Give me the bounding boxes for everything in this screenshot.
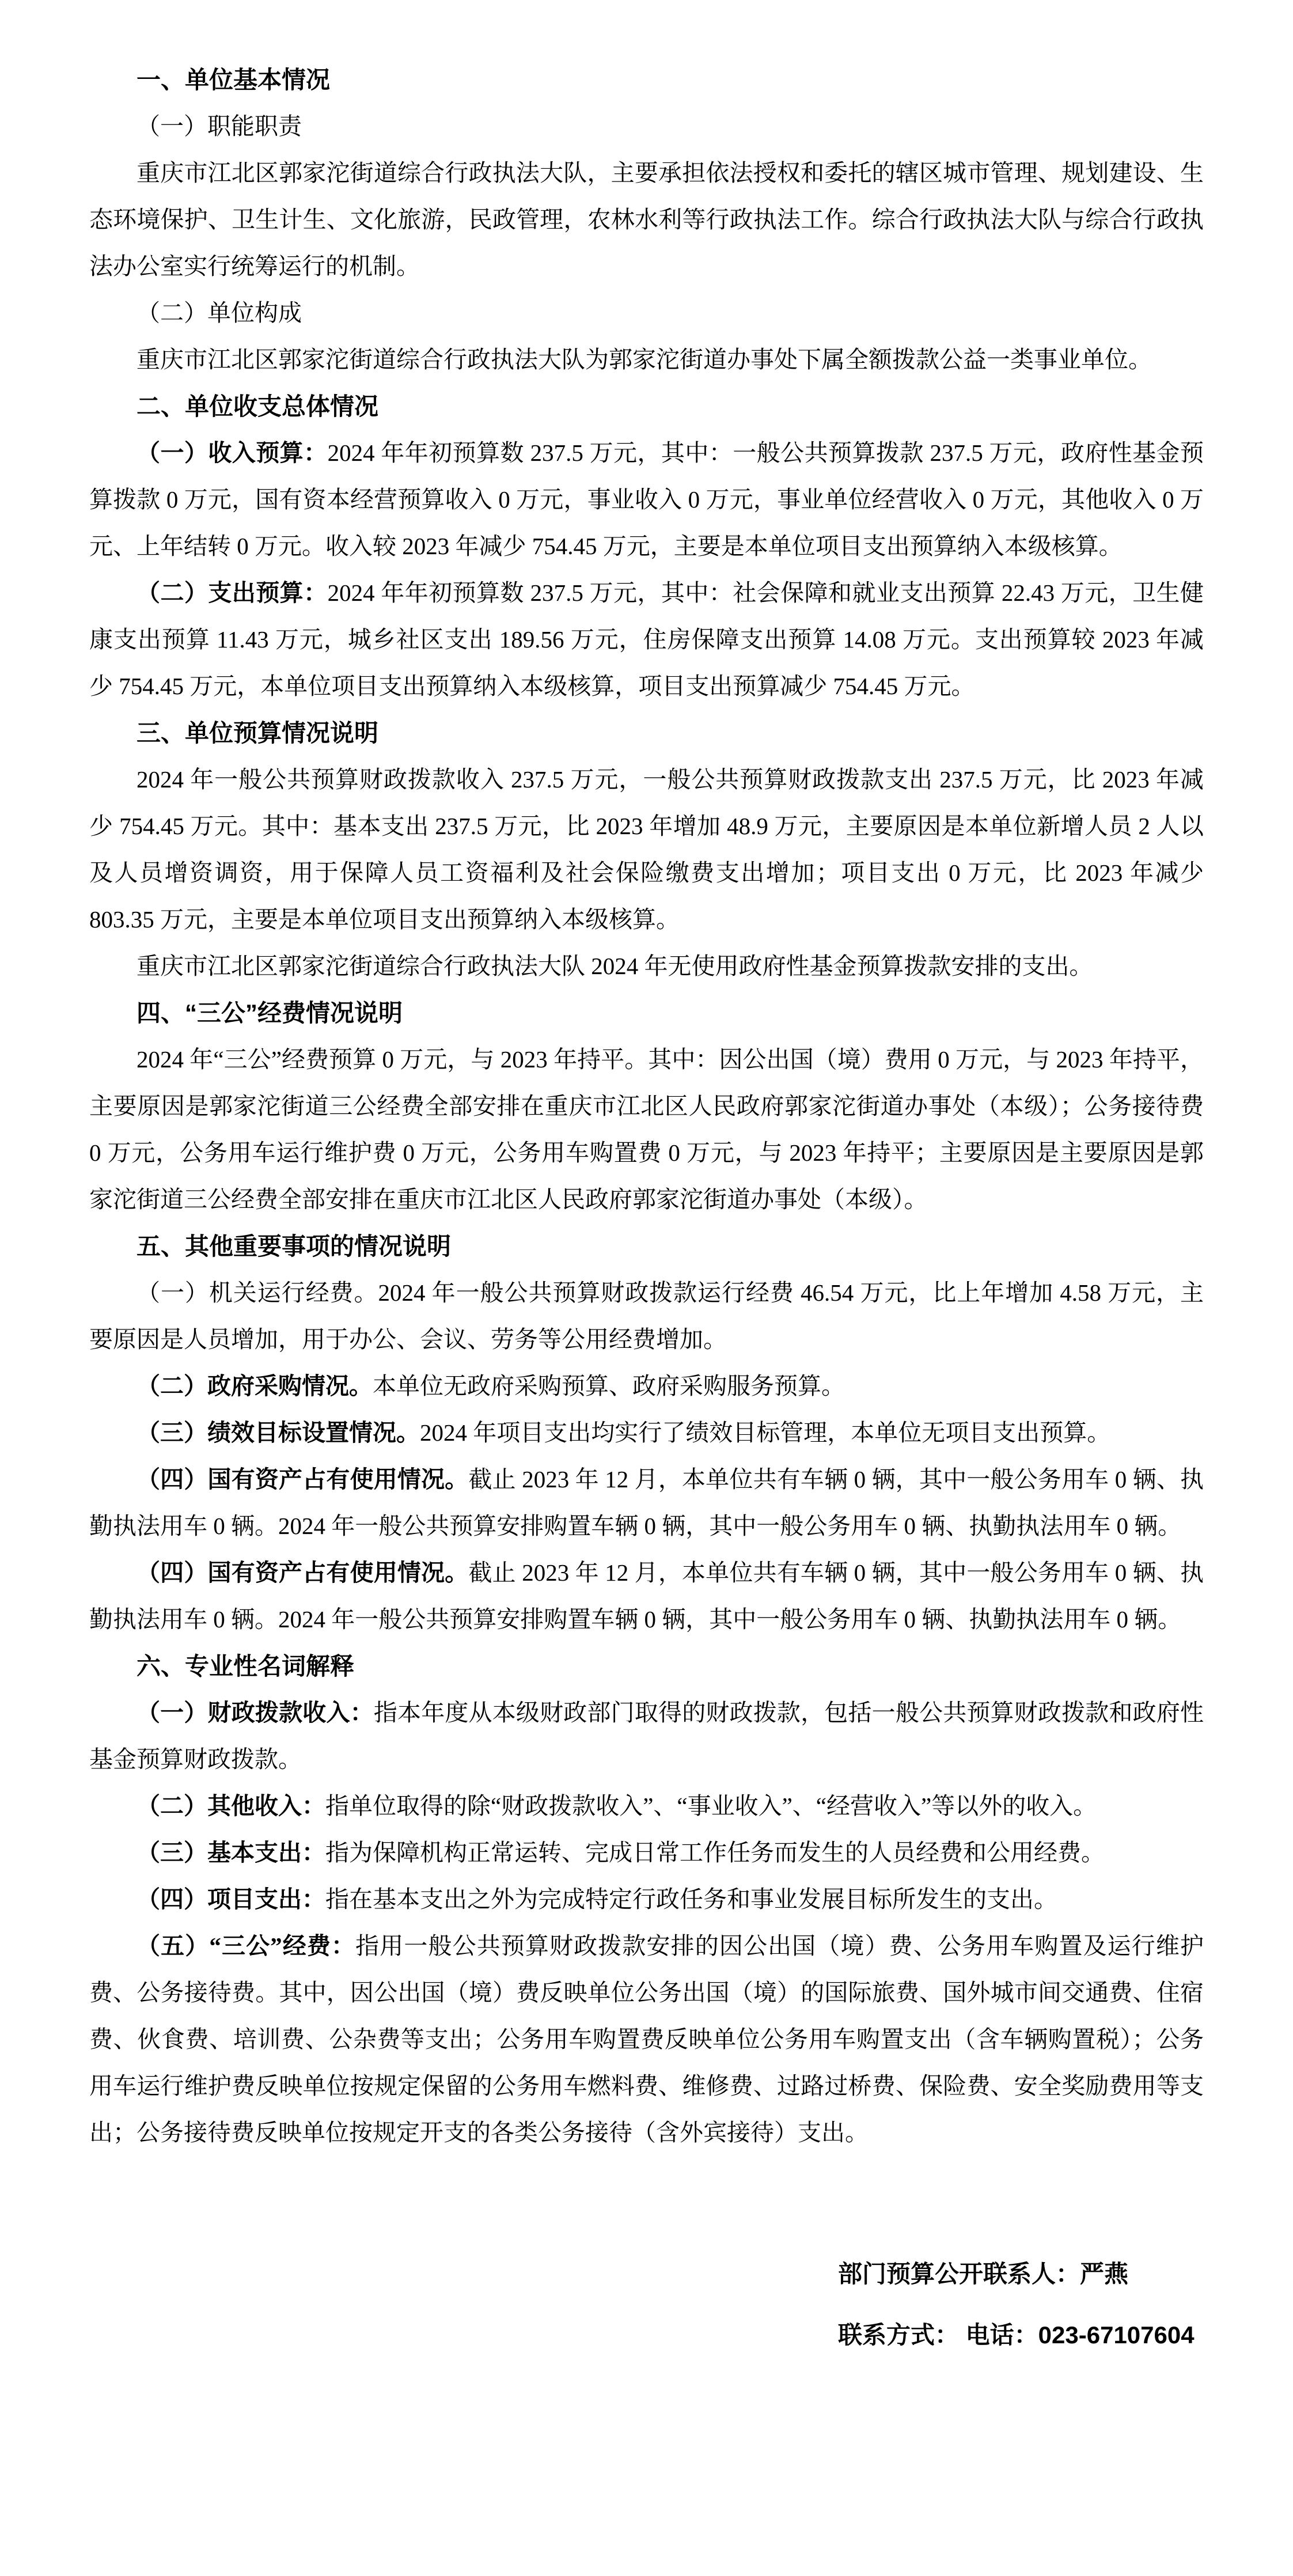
- paragraph-text: 2024 年“三公”经费预算 0 万元，与 2023 年持平。其中：因公出国（境…: [89, 1046, 1204, 1213]
- subsection-heading: （二）单位构成: [89, 290, 1204, 336]
- paragraph-lead: （四）项目支出：: [136, 1886, 325, 1912]
- paragraph-lead: （二）支出预算：: [136, 579, 328, 606]
- paragraph-term-basic-expense: （三）基本支出：指为保障机构正常运转、完成日常工作任务而发生的人员经费和公用经费…: [89, 1829, 1204, 1876]
- paragraph-lead: （二）其他收入：: [136, 1793, 325, 1819]
- paragraph-expense-budget: （二）支出预算：2024 年年初预算数 237.5 万元，其中：社会保障和就业支…: [89, 570, 1204, 710]
- contact-person-line: 部门预算公开联系人：严燕: [838, 2244, 1204, 2305]
- paragraph-duties: 重庆市江北区郭家沱街道综合行政执法大队，主要承担依法授权和委托的辖区城市管理、规…: [89, 150, 1204, 290]
- paragraph-gov-fund: 重庆市江北区郭家沱街道综合行政执法大队 2024 年无使用政府性基金预算拨款安排…: [89, 943, 1204, 990]
- paragraph-composition: 重庆市江北区郭家沱街道综合行政执法大队为郭家沱街道办事处下属全额拨款公益一类事业…: [89, 336, 1204, 383]
- paragraph-performance-targets: （三）绩效目标设置情况。2024 年项目支出均实行了绩效目标管理，本单位无项目支…: [89, 1410, 1204, 1456]
- paragraph-lead: （三）绩效目标设置情况。: [136, 1419, 420, 1446]
- contact-block: 部门预算公开联系人：严燕 联系方式： 电话：023-67107604: [838, 2244, 1204, 2366]
- paragraph-text: 重庆市江北区郭家沱街道综合行政执法大队，主要承担依法授权和委托的辖区城市管理、规…: [89, 160, 1204, 279]
- section-heading-2: 二、单位收支总体情况: [89, 383, 1204, 430]
- paragraph-lead: （一）收入预算：: [136, 440, 328, 466]
- paragraph-text: 指在基本支出之外为完成特定行政任务和事业发展目标所发生的支出。: [325, 1886, 1057, 1912]
- paragraph-income-budget: （一）收入预算：2024 年年初预算数 237.5 万元，其中：一般公共预算拨款…: [89, 430, 1204, 570]
- paragraph-text: 2024 年项目支出均实行了绩效目标管理，本单位无项目支出预算。: [420, 1419, 1110, 1446]
- budget-document: 一、单位基本情况 （一）职能职责 重庆市江北区郭家沱街道综合行政执法大队，主要承…: [0, 0, 1293, 2366]
- section-heading-3: 三、单位预算情况说明: [89, 710, 1204, 756]
- paragraph-text: （一）机关运行经费。2024 年一般公共预算财政拨款运行经费 46.54 万元，…: [89, 1279, 1204, 1353]
- paragraph-text: 重庆市江北区郭家沱街道综合行政执法大队为郭家沱街道办事处下属全额拨款公益一类事业…: [136, 346, 1152, 373]
- section-heading-1: 一、单位基本情况: [89, 56, 1204, 103]
- paragraph-state-assets-2: （四）国有资产占有使用情况。截止 2023 年 12 月，本单位共有车辆 0 辆…: [89, 1550, 1204, 1643]
- paragraph-text: 指用一般公共预算财政拨款安排的因公出国（境）费、公务用车购置及运行维护费、公务接…: [89, 1933, 1204, 2146]
- paragraph-lead: （四）国有资产占有使用情况。: [136, 1466, 468, 1492]
- section-heading-5: 五、其他重要事项的情况说明: [89, 1223, 1204, 1270]
- section-heading-6: 六、专业性名词解释: [89, 1643, 1204, 1689]
- paragraph-lead: （四）国有资产占有使用情况。: [136, 1559, 468, 1586]
- paragraph-lead: （一）财政拨款收入：: [136, 1699, 374, 1726]
- paragraph-text: 重庆市江北区郭家沱街道综合行政执法大队 2024 年无使用政府性基金预算拨款安排…: [136, 953, 1093, 979]
- section-heading-4: 四、“三公”经费情况说明: [89, 990, 1204, 1036]
- paragraph-lead: （五）“三公”经费：: [136, 1933, 355, 1959]
- subsection-heading: （一）职能职责: [89, 103, 1204, 150]
- contact-phone-line: 联系方式： 电话：023-67107604: [838, 2305, 1204, 2366]
- paragraph-procurement: （二）政府采购情况。本单位无政府采购预算、政府采购服务预算。: [89, 1363, 1204, 1410]
- paragraph-term-other-income: （二）其他收入：指单位取得的除“财政拨款收入”、“事业收入”、“经营收入”等以外…: [89, 1783, 1204, 1829]
- paragraph-text: 指为保障机构正常运转、完成日常工作任务而发生的人员经费和公用经费。: [325, 1839, 1105, 1866]
- paragraph-text: 2024 年一般公共预算财政拨款收入 237.5 万元，一般公共预算财政拨款支出…: [89, 766, 1204, 933]
- paragraph-budget-explanation: 2024 年一般公共预算财政拨款收入 237.5 万元，一般公共预算财政拨款支出…: [89, 756, 1204, 943]
- paragraph-operating-funds: （一）机关运行经费。2024 年一般公共预算财政拨款运行经费 46.54 万元，…: [89, 1270, 1204, 1363]
- paragraph-term-three-public: （五）“三公”经费：指用一般公共预算财政拨款安排的因公出国（境）费、公务用车购置…: [89, 1923, 1204, 2156]
- paragraph-three-public-funds: 2024 年“三公”经费预算 0 万元，与 2023 年持平。其中：因公出国（境…: [89, 1036, 1204, 1223]
- paragraph-term-project-expense: （四）项目支出：指在基本支出之外为完成特定行政任务和事业发展目标所发生的支出。: [89, 1876, 1204, 1923]
- paragraph-text: 本单位无政府采购预算、政府采购服务预算。: [373, 1373, 845, 1399]
- paragraph-lead: （三）基本支出：: [136, 1839, 325, 1866]
- paragraph-text: 指单位取得的除“财政拨款收入”、“事业收入”、“经营收入”等以外的收入。: [325, 1793, 1097, 1819]
- paragraph-term-fiscal-appropriation: （一）财政拨款收入：指本年度从本级财政部门取得的财政拨款，包括一般公共预算财政拨…: [89, 1689, 1204, 1783]
- paragraph-lead: （二）政府采购情况。: [136, 1373, 373, 1399]
- paragraph-state-assets-1: （四）国有资产占有使用情况。截止 2023 年 12 月，本单位共有车辆 0 辆…: [89, 1456, 1204, 1550]
